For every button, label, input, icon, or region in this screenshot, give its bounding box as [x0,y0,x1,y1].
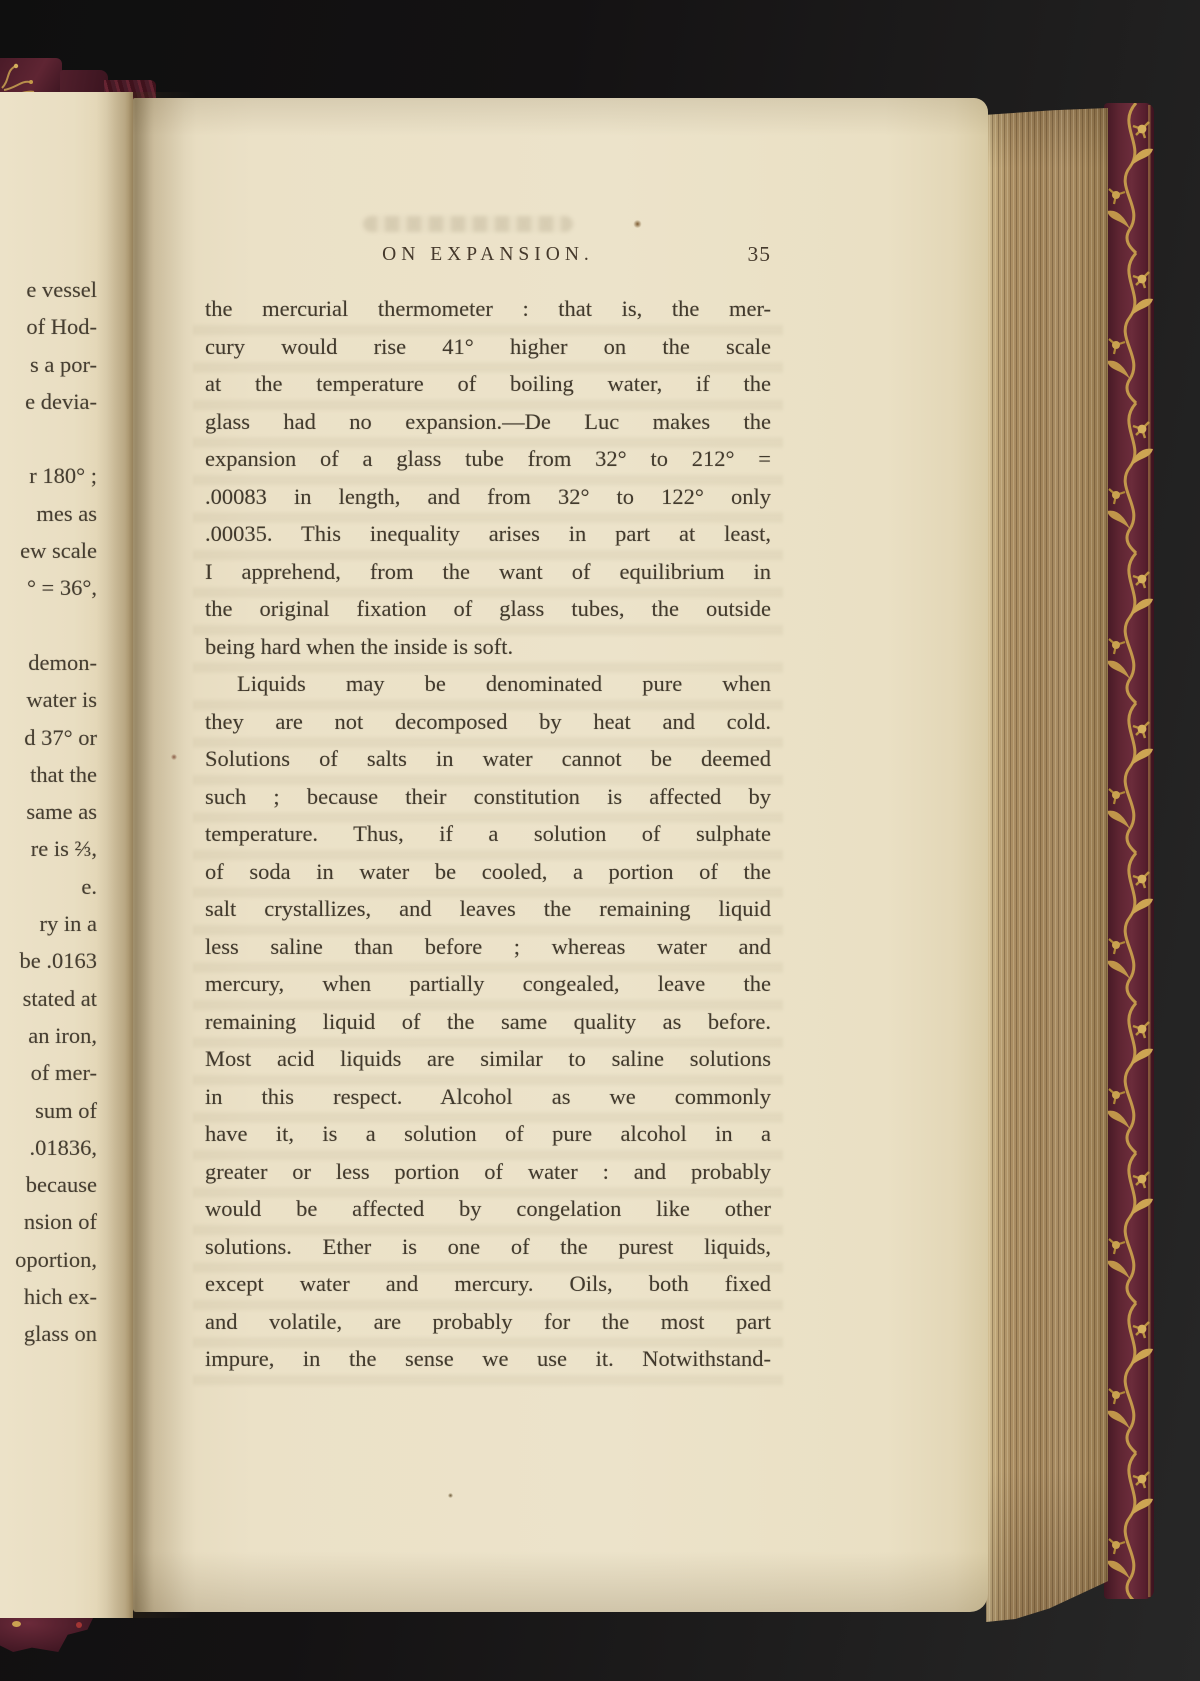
left-page-text-fragment: of mer- [4,1054,97,1091]
text-line: expansion of a glass tube from 32° to 21… [205,440,771,478]
left-page-text-fragment: that the [4,756,97,793]
text-line: such ; because their constitution is aff… [205,778,771,816]
red-speck [76,1622,82,1628]
left-page-text-fragment: e vessel [4,271,97,308]
text-line: .00035. This inequality arises in part a… [205,515,771,553]
left-page-text-fragment: hich ex- [4,1278,97,1315]
text-line: remaining liquid of the same quality as … [205,1003,771,1041]
text-line: salt crystallizes, and leaves the remain… [205,890,771,928]
book-fore-edge [986,108,1108,1622]
text-line: except water and mercury. Oils, both fix… [205,1265,771,1303]
left-page-text-fragment: ° = 36°, [4,569,97,606]
foxing-stain [633,220,642,228]
left-page-text-fragment: r 180° ; [4,457,97,494]
left-page-text-fragment: same as [4,793,97,830]
left-page-text-fragments: e vessel of Hod- s a por- e devia- r 180… [4,271,97,1353]
gold-floral-tooling-icon [1104,103,1154,1599]
left-page-text-fragment: of Hod- [4,308,97,345]
left-page-text-fragment [4,607,97,644]
text-line: have it, is a solution of pure alcohol i… [205,1115,771,1153]
text-line: of soda in water be cooled, a portion of… [205,853,771,891]
left-page-text-fragment: nsion of [4,1203,97,1240]
text-line: cury would rise 41° higher on the scale [205,328,771,366]
text-line: being hard when the inside is soft. [205,628,771,666]
text-line: solutions. Ether is one of the purest li… [205,1228,771,1266]
page-number: 35 [748,242,772,267]
left-page-text-fragment: re is ⅔, [4,830,97,867]
left-page-text-fragment: .01836, [4,1129,97,1166]
text-line: they are not decomposed by heat and cold… [205,703,771,741]
text-line: Solutions of salts in water cannot be de… [205,740,771,778]
gold-tooling-dot [12,1621,21,1627]
text-line: less saline than before ; whereas water … [205,928,771,966]
left-page-text-fragment: sum of [4,1092,97,1129]
text-line: glass had no expansion.—De Luc makes the [205,403,771,441]
text-line: greater or less portion of water : and p… [205,1153,771,1191]
book-cover-corner-bottom-left [0,1616,94,1652]
left-page-text-fragment: be .0163 [4,942,97,979]
text-line: .00083 in length, and from 32° to 122° o… [205,478,771,516]
left-page-text-fragment: water is [4,681,97,718]
text-line: in this respect. Alcohol as we commonly [205,1078,771,1116]
text-line: mercury, when partially congealed, leave… [205,965,771,1003]
page-text: the mercurial thermometer : that is, the… [205,290,771,1378]
page-header: ON EXPANSION. 35 [205,244,771,278]
left-page-text-fragment: e. [4,868,97,905]
left-page-text-fragment: ew scale [4,532,97,569]
foxing-stain [171,754,177,760]
text-line: I apprehend, from the want of equilibriu… [205,553,771,591]
book-cover-right-edge [1104,103,1154,1599]
text-line: impure, in the sense we use it. Notwiths… [205,1340,771,1378]
left-page-text-fragment: demon- [4,644,97,681]
text-line: the original fixation of glass tubes, th… [205,590,771,628]
right-page: ON EXPANSION. 35 the mercurial thermomet… [133,98,988,1612]
running-title: ON EXPANSION. [205,244,771,266]
text-line: temperature. Thus, if a solution of sulp… [205,815,771,853]
left-page-text-fragment: oportion, [4,1241,97,1278]
text-line: would be affected by congelation like ot… [205,1190,771,1228]
left-page: e vessel of Hod- s a por- e devia- r 180… [0,92,133,1618]
foxing-stain [448,1493,453,1498]
left-page-text-fragment: d 37° or [4,719,97,756]
left-page-text-fragment: mes as [4,495,97,532]
text-line: Liquids may be denominated pure when [205,665,771,703]
text-line: Most acid liquids are similar to saline … [205,1040,771,1078]
text-line: at the temperature of boiling water, if … [205,365,771,403]
left-page-text-fragment: because [4,1166,97,1203]
left-page-text-fragment: ry in a [4,905,97,942]
left-page-text-fragment: stated at [4,980,97,1017]
showthrough-smudge [363,216,573,232]
left-page-text-fragment: glass on [4,1315,97,1352]
left-page-text-fragment [4,420,97,457]
left-page-text-fragment: e devia- [4,383,97,420]
book-photo: e vessel of Hod- s a por- e devia- r 180… [0,0,1200,1681]
text-line: and volatile, are probably for the most … [205,1303,771,1341]
left-page-text-fragment: an iron, [4,1017,97,1054]
left-page-text-fragment: s a por- [4,346,97,383]
text-line: the mercurial thermometer : that is, the… [205,290,771,328]
